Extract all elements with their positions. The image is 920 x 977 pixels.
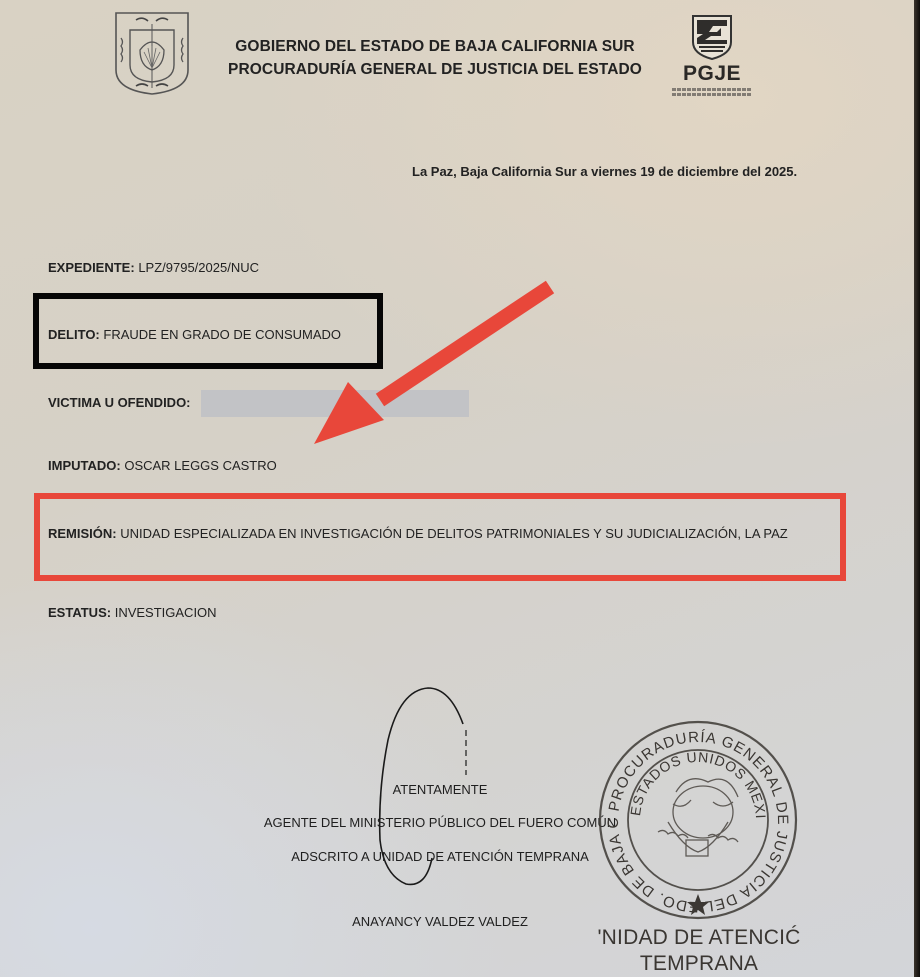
header-government-line: GOBIERNO DEL ESTADO DE BAJA CALIFORNIA S… <box>200 35 670 58</box>
signer-title-2: ADSCRITO A UNIDAD DE ATENCIÓN TEMPRANA <box>230 849 650 864</box>
pgje-logo: PGJE <box>668 14 756 96</box>
field-value: UNIDAD ESPECIALIZADA EN INVESTIGACIÓN DE… <box>120 526 788 541</box>
pgje-logo-text: PGJE <box>668 62 756 86</box>
seal-caption: 'NIDAD DE ATENCIĆ TEMPRANA <box>594 925 804 977</box>
date-line: La Paz, Baja California Sur a viernes 19… <box>412 164 797 179</box>
pgje-shield-icon <box>691 14 733 60</box>
seal-caption-line-2: TEMPRANA <box>594 951 804 977</box>
field-label: DELITO: <box>48 327 100 342</box>
signer-title-1: AGENTE DEL MINISTERIO PÚBLICO DEL FUERO … <box>230 815 650 830</box>
state-crest-icon <box>112 10 192 96</box>
field-remision: REMISIÓN: UNIDAD ESPECIALIZADA EN INVEST… <box>48 526 823 542</box>
pgje-fine-print <box>672 88 752 91</box>
pgje-fine-print <box>672 93 752 96</box>
seal-caption-line-1: 'NIDAD DE ATENCIĆ <box>594 925 804 951</box>
red-arrow-icon <box>300 270 580 460</box>
header-procuraduria-line: PROCURADURÍA GENERAL DE JUSTICIA DEL EST… <box>200 58 670 81</box>
field-label: VICTIMA U OFENDIDO: <box>48 395 191 410</box>
field-imputado: IMPUTADO: OSCAR LEGGS CASTRO <box>48 458 277 473</box>
closing-text: ATENTAMENTE <box>230 782 650 797</box>
field-label: REMISIÓN: <box>48 526 117 541</box>
field-label: IMPUTADO: <box>48 458 121 473</box>
field-expediente: EXPEDIENTE: LPZ/9795/2025/NUC <box>48 260 259 275</box>
page-edge-shadow <box>914 0 920 977</box>
mexican-eagle-seal-icon: PROCURADURÍA GENERAL DE JUSTICIA DEL EDO… <box>588 712 808 922</box>
field-delito: DELITO: FRAUDE EN GRADO DE CONSUMADO <box>48 327 341 342</box>
field-value: OSCAR LEGGS CASTRO <box>124 458 276 473</box>
field-estatus: ESTATUS: INVESTIGACION <box>48 605 217 620</box>
signer-name: ANAYANCY VALDEZ VALDEZ <box>230 914 650 929</box>
document-header: GOBIERNO DEL ESTADO DE BAJA CALIFORNIA S… <box>200 35 670 81</box>
field-value: LPZ/9795/2025/NUC <box>138 260 259 275</box>
field-value: INVESTIGACION <box>115 605 217 620</box>
field-label: ESTATUS: <box>48 605 111 620</box>
field-victima: VICTIMA U OFENDIDO: <box>48 395 191 410</box>
field-label: EXPEDIENTE: <box>48 260 135 275</box>
